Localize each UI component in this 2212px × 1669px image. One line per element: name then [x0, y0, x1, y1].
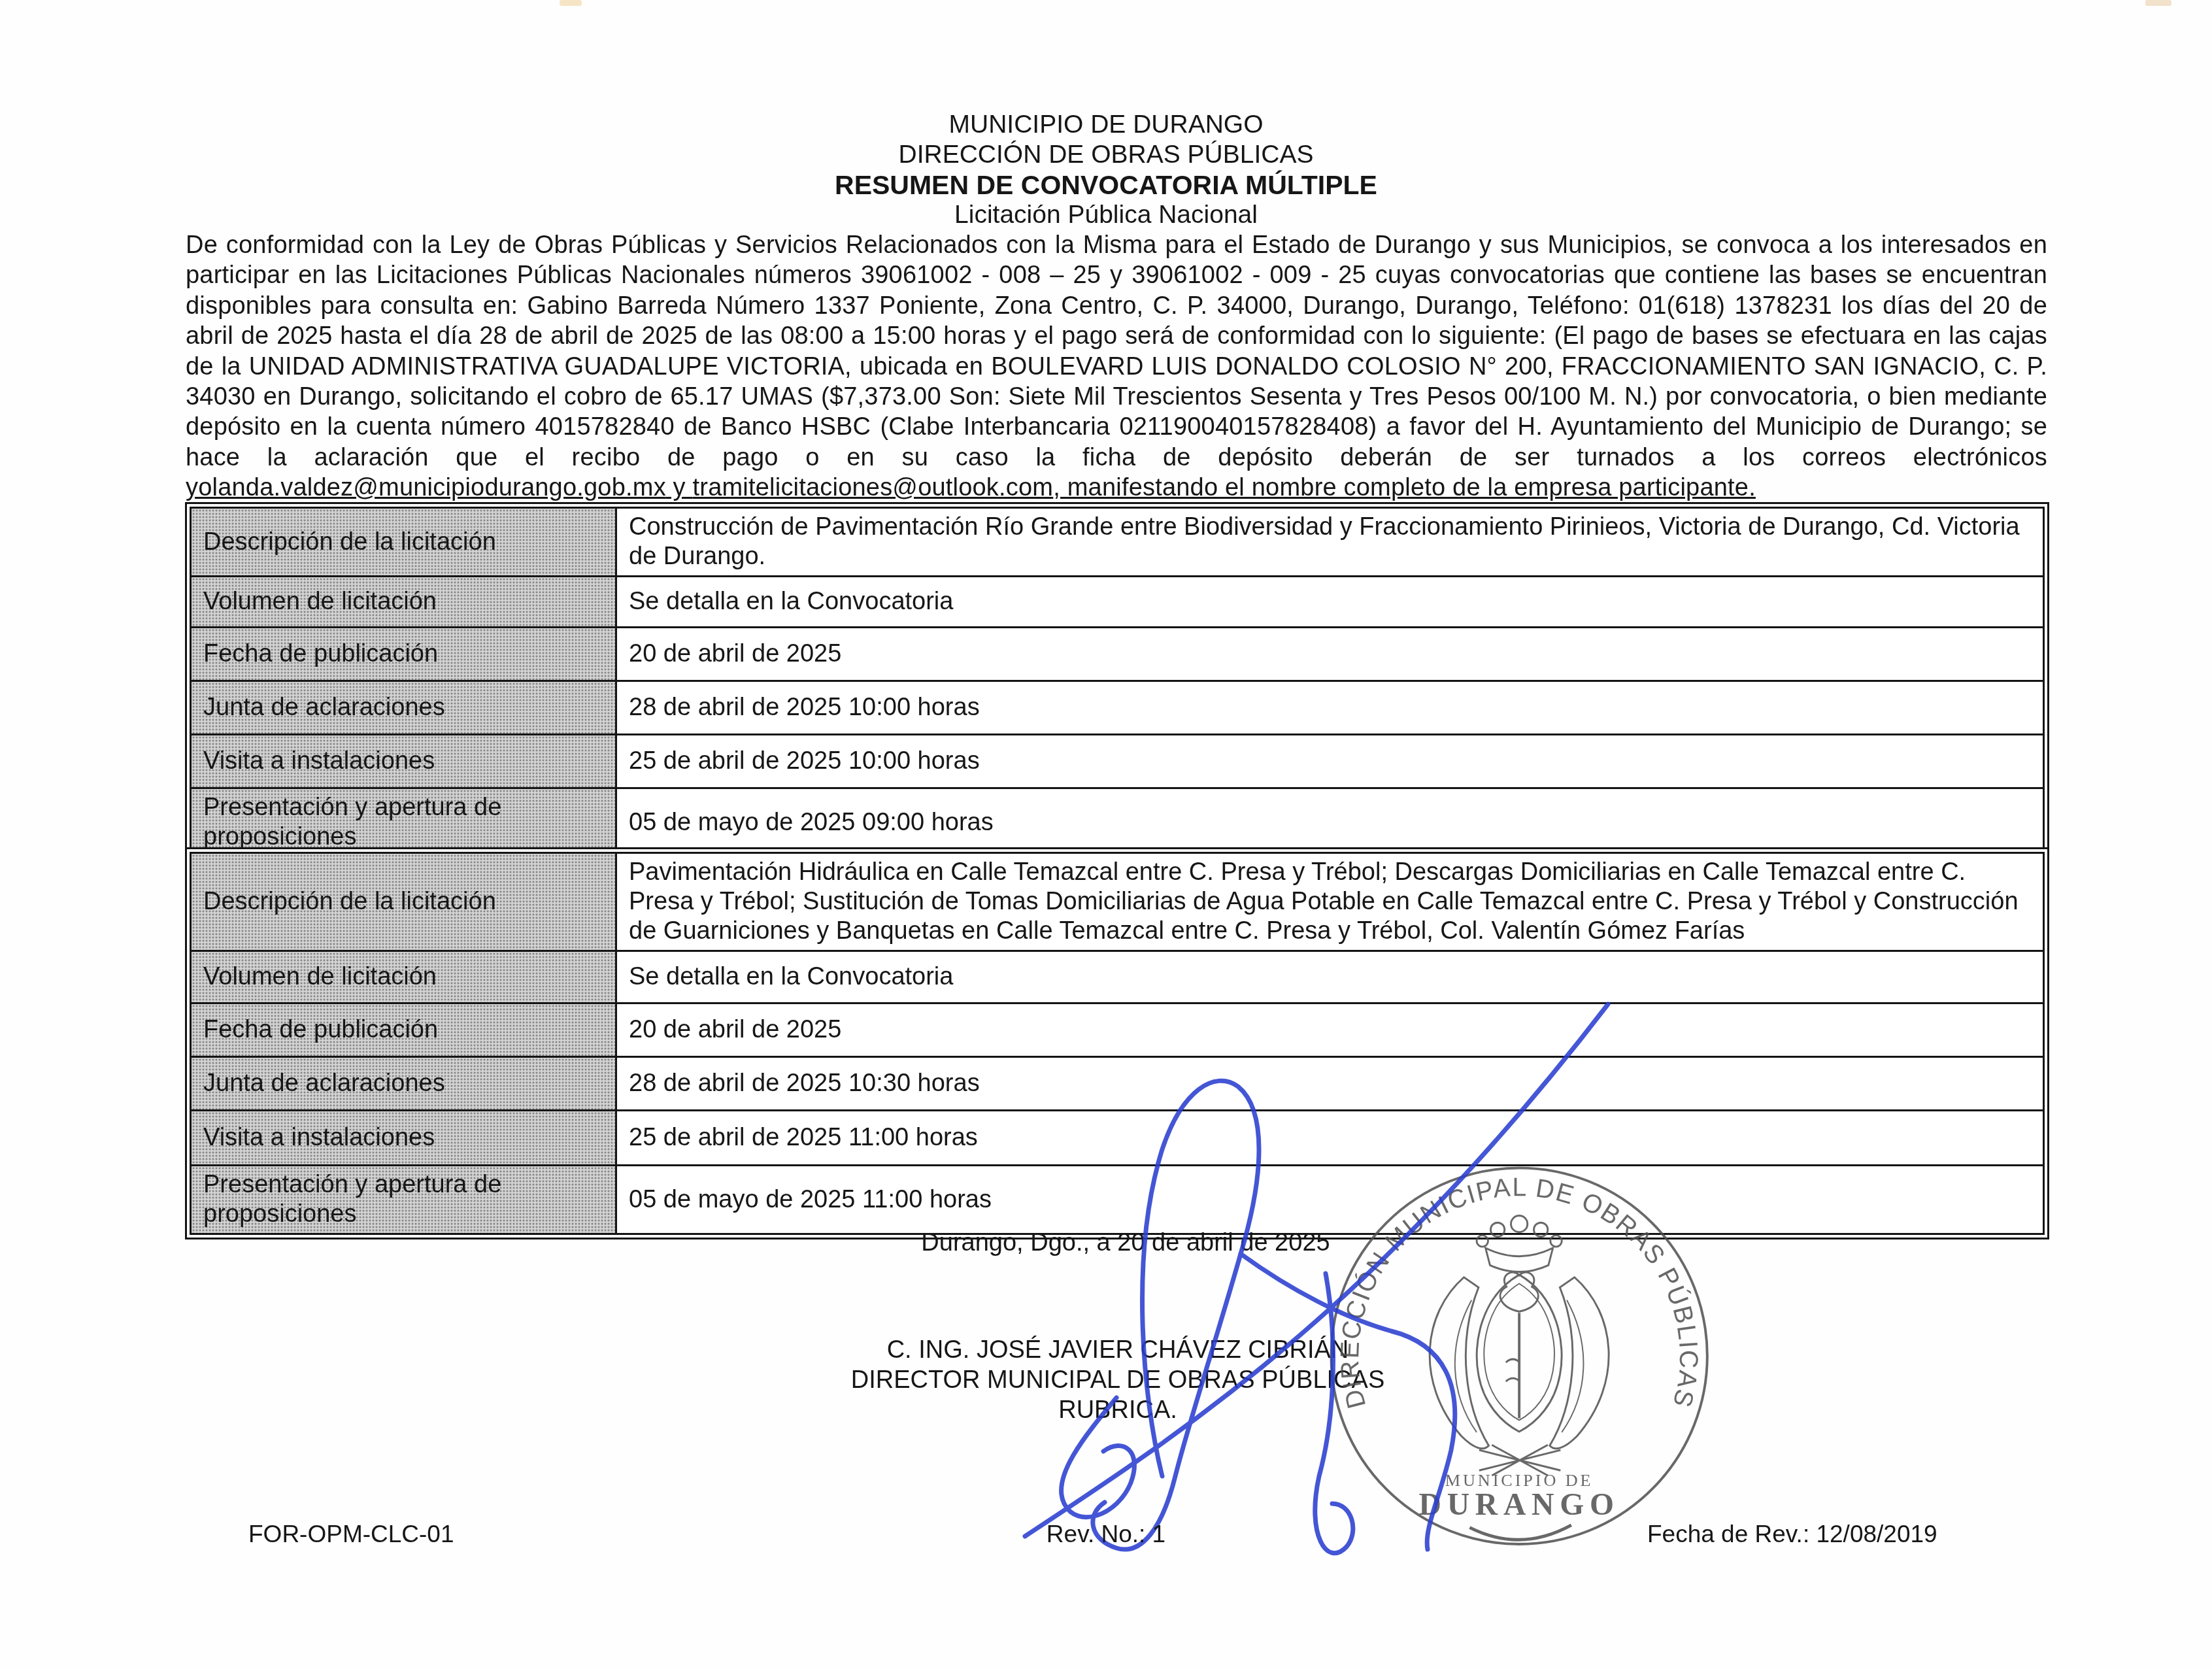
table-row: Volumen de licitación Se detalla en la C…: [191, 951, 2044, 1003]
date-line: Durango, Dgo., a 20 de abril de 2025: [921, 1229, 1330, 1257]
row-value: 28 de abril de 2025 10:30 horas: [616, 1057, 2044, 1111]
row-label: Fecha de publicación: [191, 1003, 616, 1057]
row-label: Volumen de licitación: [191, 577, 616, 628]
intro-text: De conformidad con la Ley de Obras Públi…: [186, 231, 2047, 471]
footer-revision-date: Fecha de Rev.: 12/08/2019: [1647, 1521, 1937, 1548]
seal-org-large: DURANGO: [1419, 1488, 1620, 1522]
row-label: Descripción de la licitación: [191, 508, 616, 577]
row-value: 20 de abril de 2025: [616, 628, 2044, 681]
row-value: 25 de abril de 2025 10:00 horas: [616, 735, 2044, 788]
table-row: Descripción de la licitación Pavimentaci…: [191, 853, 2044, 951]
scanner-artifact: [2145, 0, 2171, 6]
table-row: Presentación y apertura de proposiciones…: [191, 788, 2044, 857]
row-label: Visita a instalaciones: [191, 735, 616, 788]
licitacion-table-2: Descripción de la licitación Pavimentaci…: [185, 847, 2049, 1239]
signer-title: DIRECTOR MUNICIPAL DE OBRAS PÚBLICAS: [851, 1365, 1384, 1395]
row-value: Se detalla en la Convocatoria: [616, 951, 2044, 1003]
rubrica-label: RUBRICA.: [851, 1395, 1384, 1425]
row-label: Visita a instalaciones: [191, 1111, 616, 1166]
row-label: Junta de aclaraciones: [191, 681, 616, 735]
table-row: Junta de aclaraciones 28 de abril de 202…: [191, 681, 2044, 735]
document-subtitle: Licitación Pública Nacional: [0, 200, 2212, 230]
intro-paragraph: De conformidad con la Ley de Obras Públi…: [186, 230, 2047, 503]
licitacion-table-1: Descripción de la licitación Construcció…: [185, 502, 2049, 862]
row-value: Se detalla en la Convocatoria: [616, 577, 2044, 628]
intro-tail-text: , manifestando el nombre completo de la …: [1053, 474, 1756, 501]
seal-crown: [1477, 1215, 1562, 1272]
department-name: DIRECCIÓN DE OBRAS PÚBLICAS: [0, 140, 2212, 170]
row-label: Junta de aclaraciones: [191, 1057, 616, 1111]
table-row: Volumen de licitación Se detalla en la C…: [191, 577, 2044, 628]
row-value: 20 de abril de 2025: [616, 1003, 2044, 1057]
table-row: Visita a instalaciones 25 de abril de 20…: [191, 1111, 2044, 1166]
signer-name: C. ING. JOSÉ JAVIER CHÁVEZ CIBRIÁN: [851, 1335, 1384, 1365]
email-link-2: tramitelicitaciones@outlook.com: [693, 474, 1054, 501]
official-seal-stamp: DIRECCIÓN MUNICIPAL DE OBRAS PÚBLICAS MU…: [1319, 1153, 1726, 1572]
document-header: MUNICIPIO DE DURANGO DIRECCIÓN DE OBRAS …: [0, 110, 2212, 230]
document-title: RESUMEN DE CONVOCATORIA MÚLTIPLE: [0, 170, 2212, 200]
table-row: Visita a instalaciones 25 de abril de 20…: [191, 735, 2044, 788]
row-value: Pavimentación Hidráulica en Calle Temazc…: [616, 853, 2044, 951]
row-value: 28 de abril de 2025 10:00 horas: [616, 681, 2044, 735]
row-label: Descripción de la licitación: [191, 853, 616, 951]
email-link-1: yolanda.valdez@municipiodurango.gob.mx: [186, 474, 666, 501]
table-row: Descripción de la licitación Construcció…: [191, 508, 2044, 577]
intro-underlined-tail: yolanda.valdez@municipiodurango.gob.mx y…: [186, 474, 1756, 501]
scanned-document-page: MUNICIPIO DE DURANGO DIRECCIÓN DE OBRAS …: [0, 0, 2212, 1669]
row-label: Presentación y apertura de proposiciones: [191, 788, 616, 857]
seal-shield: [1477, 1272, 1562, 1432]
date-line-row: Durango, Dgo., a 20 de abril de 2025: [0, 1229, 2212, 1257]
seal-org-small: MUNICIPIO DE: [1445, 1471, 1594, 1490]
table-row: Fecha de publicación 20 de abril de 2025: [191, 1003, 2044, 1057]
row-label: Volumen de licitación: [191, 951, 616, 1003]
table-row: Fecha de publicación 20 de abril de 2025: [191, 628, 2044, 681]
email-connector: y: [666, 474, 693, 501]
row-label: Fecha de publicación: [191, 628, 616, 681]
signature-block: C. ING. JOSÉ JAVIER CHÁVEZ CIBRIÁN DIREC…: [0, 1335, 2212, 1425]
row-value: 05 de mayo de 2025 09:00 horas: [616, 788, 2044, 857]
table-row: Junta de aclaraciones 28 de abril de 202…: [191, 1057, 2044, 1111]
table-row: Presentación y apertura de proposiciones…: [191, 1166, 2044, 1234]
org-name: MUNICIPIO DE DURANGO: [0, 110, 2212, 140]
row-value: Construcción de Pavimentación Río Grande…: [616, 508, 2044, 577]
scanner-artifact: [560, 0, 582, 6]
row-label: Presentación y apertura de proposiciones: [191, 1166, 616, 1234]
